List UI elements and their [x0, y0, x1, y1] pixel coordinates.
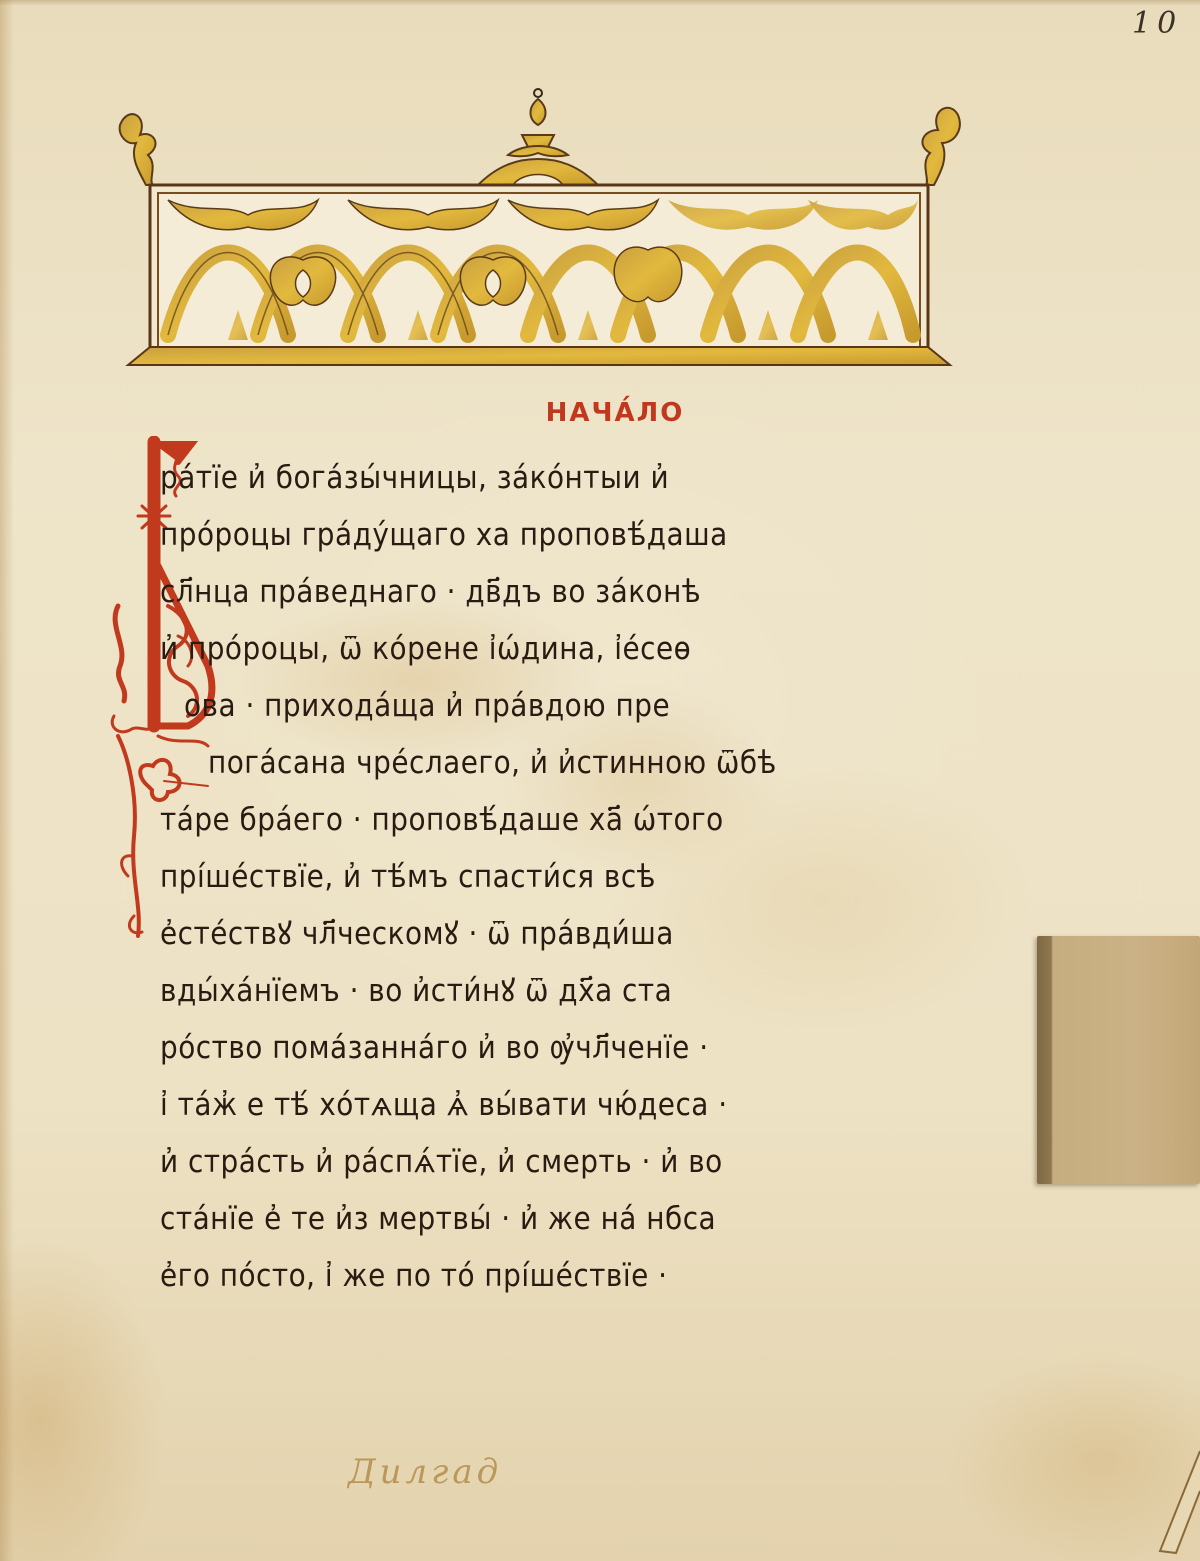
page-corner-fold-icon: [1140, 1441, 1200, 1561]
text-line: и҆ про́роцы, ѿ ко́рене і҆ѡ́дина, і҆е́сеѳ: [160, 621, 940, 678]
text-line: ова · прихода́ща и҆ пра́вдою пре: [160, 678, 940, 735]
text-line: про́роцы гра́ду́щаго ха проповѣ́даша: [160, 507, 940, 564]
rubric-label: НАЧА́ЛО: [546, 398, 685, 428]
text-line: пога́сана чре́слаего, и҆ и҆стинною ѿбѣ: [160, 735, 940, 792]
text-line: та́ре бра́его · проповѣ́даше ха҃ ѡ́того: [160, 792, 940, 849]
text-line: і҆ та́ж҆ е тѣ́ хо́тѧща ѧ҆ вы́вати чю́дес…: [160, 1077, 940, 1134]
text-line: ро́ство пома́занна́го и҆ во ѹ҆чл҃ченїе ·: [160, 1020, 940, 1077]
marginal-note: Дилгад: [348, 1452, 502, 1492]
text-line: вды́ха́нїемъ · во и҆сти́нꙋ ѿ дх҃а ста: [160, 963, 940, 1020]
manuscript-text-block: ра́тїе и҆ бога́зы́чницы, за́ко́нтыи и҆ п…: [160, 450, 940, 1305]
ornamental-headpiece-icon: [108, 85, 968, 375]
text-line: ста́нїе е҆ те и҆з мертвы́ · и҆ же на́ нб…: [160, 1191, 940, 1248]
rubric-heading: НАЧА́ЛО: [0, 398, 1200, 428]
text-line: и҆ стра́сть и҆ ра́спѧ́тїе, и҆ смерть · и…: [160, 1134, 940, 1191]
page-top-edge: [0, 0, 1200, 6]
text-line: е҆сте́ствꙋ чл҃ческомꙋ · ѿ пра́вди́ша: [160, 906, 940, 963]
folio-number: 10: [1132, 6, 1182, 41]
paper-slip-bookmark: [1037, 936, 1200, 1184]
text-line: ра́тїе и҆ бога́зы́чницы, за́ко́нтыи и҆: [160, 450, 940, 507]
text-line: прі́ше́ствїе, и҆ тѣ́мъ спасти́ся всѣ: [160, 849, 940, 906]
text-line: сл҃нца пра́веднаго · дв҃дъ во за́конѣ: [160, 564, 940, 621]
text-line: е҆го по́сто, і҆ же по то́ прі́ше́ствїе ·: [160, 1248, 940, 1305]
page-left-stain: [0, 0, 14, 1561]
